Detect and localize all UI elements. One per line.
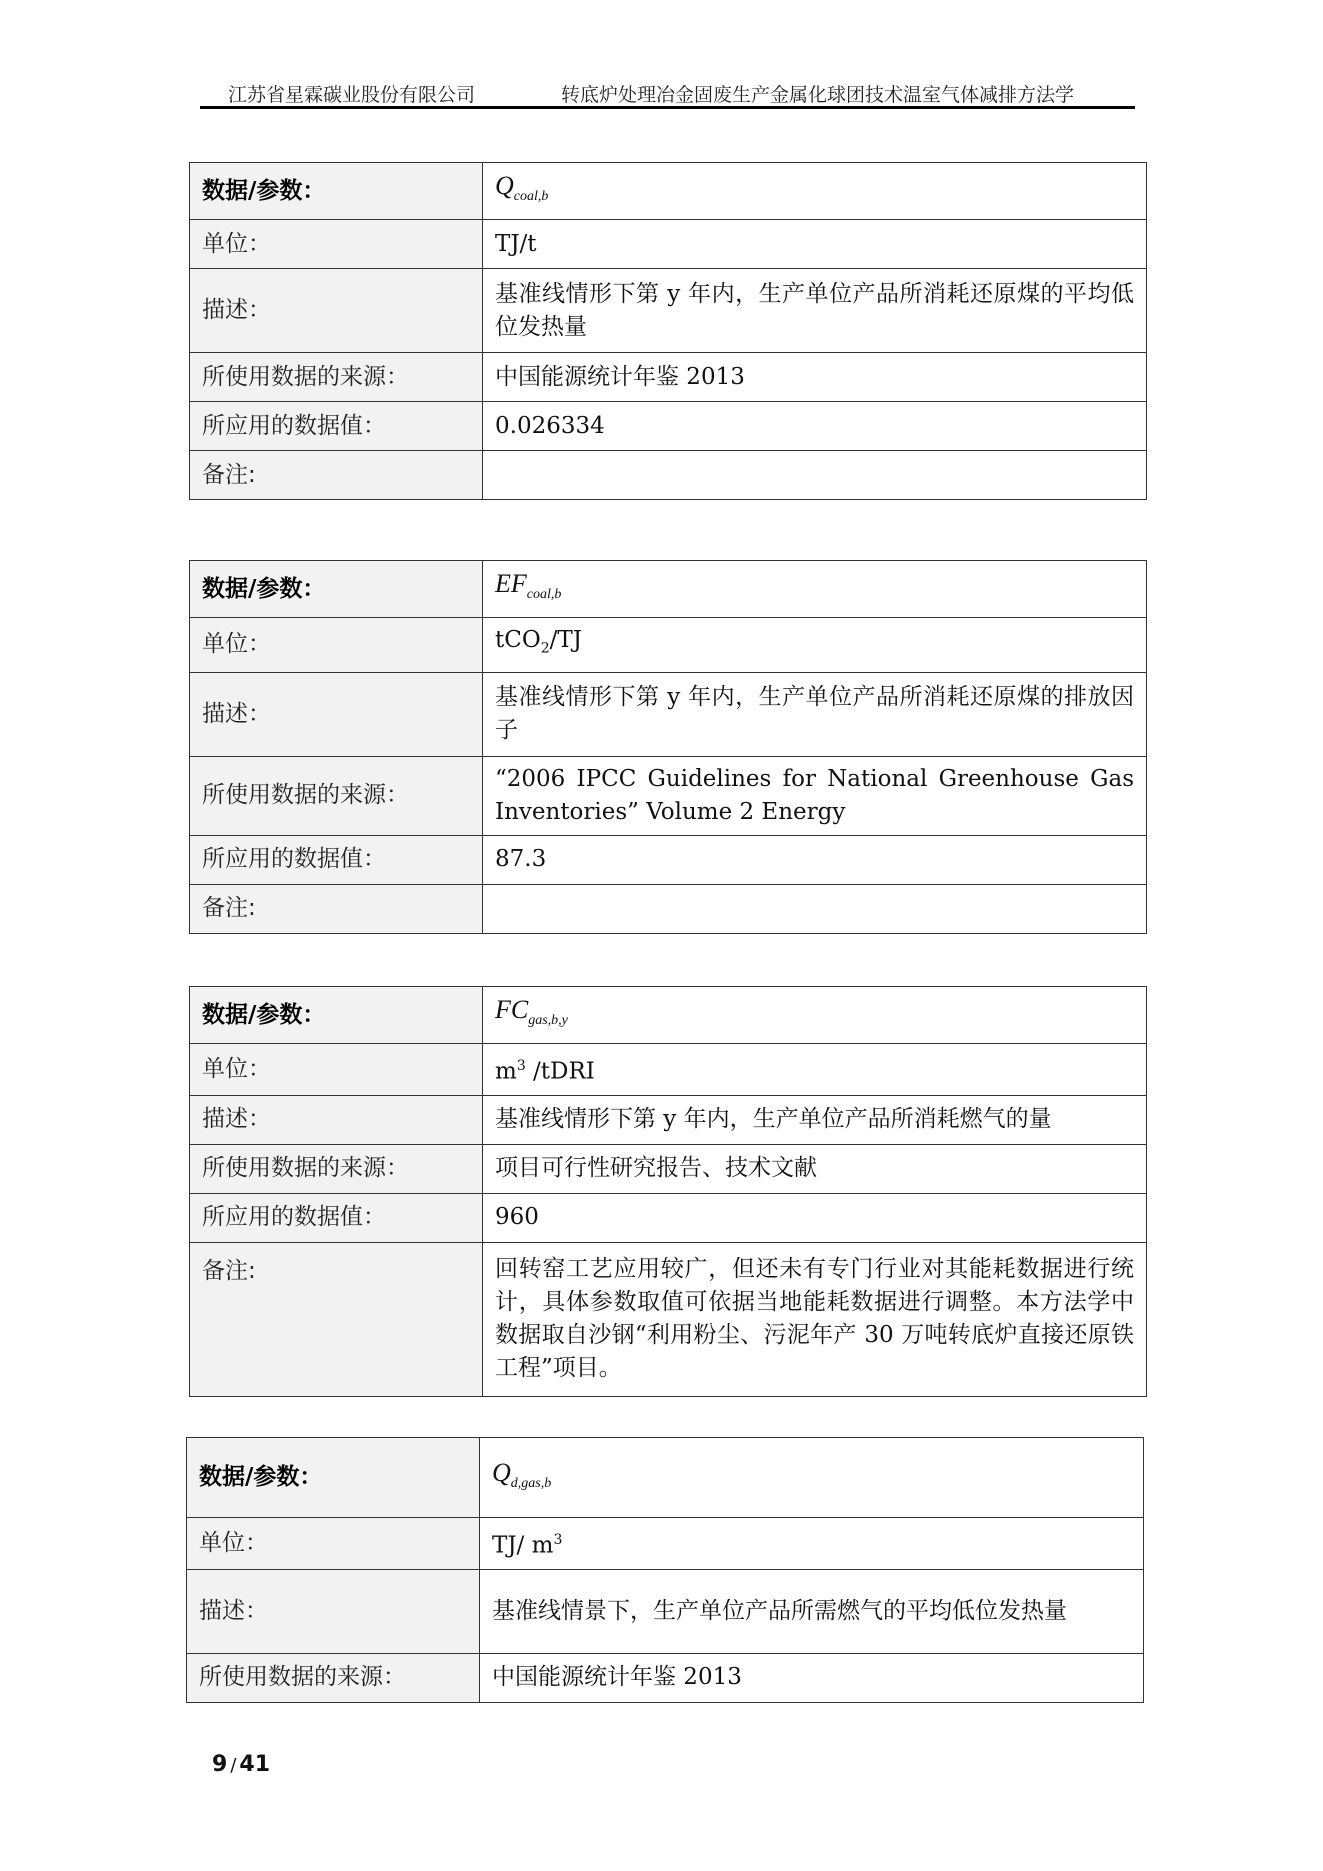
label-note: 备注: [190,451,483,500]
label-source: 所使用数据的来源： [190,1144,483,1193]
param-table-q-coal: 数据/参数： Qcoal,b 单位： TJ/t 描述： 基准线情形下第 y 年内… [189,162,1147,500]
param-table-ef-coal: 数据/参数： EFcoal,b 单位： tCO2/TJ 描述： 基准线情形下第 … [189,560,1147,934]
header-rule [200,106,1135,109]
param-unit: TJ/t [483,220,1147,269]
param-value: 960 [483,1193,1147,1242]
param-description: 基准线情形下第 y 年内，生产单位产品所消耗还原煤的排放因子 [483,672,1147,756]
param-source: “2006 IPCC Guidelines for National Green… [483,756,1147,835]
label-source: 所使用数据的来源： [190,756,483,835]
label-unit: 单位： [190,220,483,269]
header-title: 转底炉处理冶金固废生产金属化球团技术温室气体减排方法学 [561,80,1074,107]
param-note [483,451,1147,500]
header-company: 江苏省星霖碳业股份有限公司 [228,80,475,107]
label-param: 数据/参数： [190,561,483,618]
param-source: 项目可行性研究报告、技术文献 [483,1144,1147,1193]
label-description: 描述： [190,269,483,353]
param-note: 回转窑工艺应用较广，但还未有专门行业对其能耗数据进行统计，具体参数取值可依据当地… [483,1242,1147,1396]
param-table-fc-gas: 数据/参数： FCgas,b,y 单位： m3 /tDRI 描述： 基准线情形下… [189,986,1147,1397]
param-value: 87.3 [483,835,1147,884]
label-value: 所应用的数据值： [190,402,483,451]
param-symbol: FCgas,b,y [483,987,1147,1044]
param-symbol: Qcoal,b [483,163,1147,220]
param-note [483,884,1147,933]
label-description: 描述： [187,1569,480,1653]
label-source: 所使用数据的来源： [187,1653,480,1702]
label-param: 数据/参数： [190,987,483,1044]
param-source: 中国能源统计年鉴 2013 [480,1653,1144,1702]
label-unit: 单位： [190,1044,483,1096]
param-table-q-gas: 数据/参数： Qd,gas,b 单位： TJ/ m3 描述： 基准线情景下，生产… [186,1437,1144,1703]
param-source: 中国能源统计年鉴 2013 [483,353,1147,402]
label-value: 所应用的数据值： [190,1193,483,1242]
label-description: 描述： [190,672,483,756]
label-unit: 单位： [187,1518,480,1570]
label-description: 描述： [190,1095,483,1144]
page-header: 江苏省星霖碳业股份有限公司 转底炉处理冶金固废生产金属化球团技术温室气体减排方法… [200,78,1135,106]
param-description: 基准线情景下，生产单位产品所需燃气的平均低位发热量 [480,1569,1144,1653]
label-source: 所使用数据的来源： [190,353,483,402]
param-unit: m3 /tDRI [483,1044,1147,1096]
param-description: 基准线情形下第 y 年内，生产单位产品所消耗还原煤的平均低位发热量 [483,269,1147,353]
label-value: 所应用的数据值： [190,835,483,884]
label-unit: 单位： [190,618,483,673]
param-unit: TJ/ m3 [480,1518,1144,1570]
param-unit: tCO2/TJ [483,618,1147,673]
param-value: 0.026334 [483,402,1147,451]
label-param: 数据/参数： [187,1438,480,1518]
param-description: 基准线情形下第 y 年内，生产单位产品所消耗燃气的量 [483,1095,1147,1144]
label-param: 数据/参数： [190,163,483,220]
param-symbol: Qd,gas,b [480,1438,1144,1518]
label-note: 备注: [190,1242,483,1396]
page-number: 9/41 [212,1752,270,1777]
label-note: 备注: [190,884,483,933]
param-symbol: EFcoal,b [483,561,1147,618]
